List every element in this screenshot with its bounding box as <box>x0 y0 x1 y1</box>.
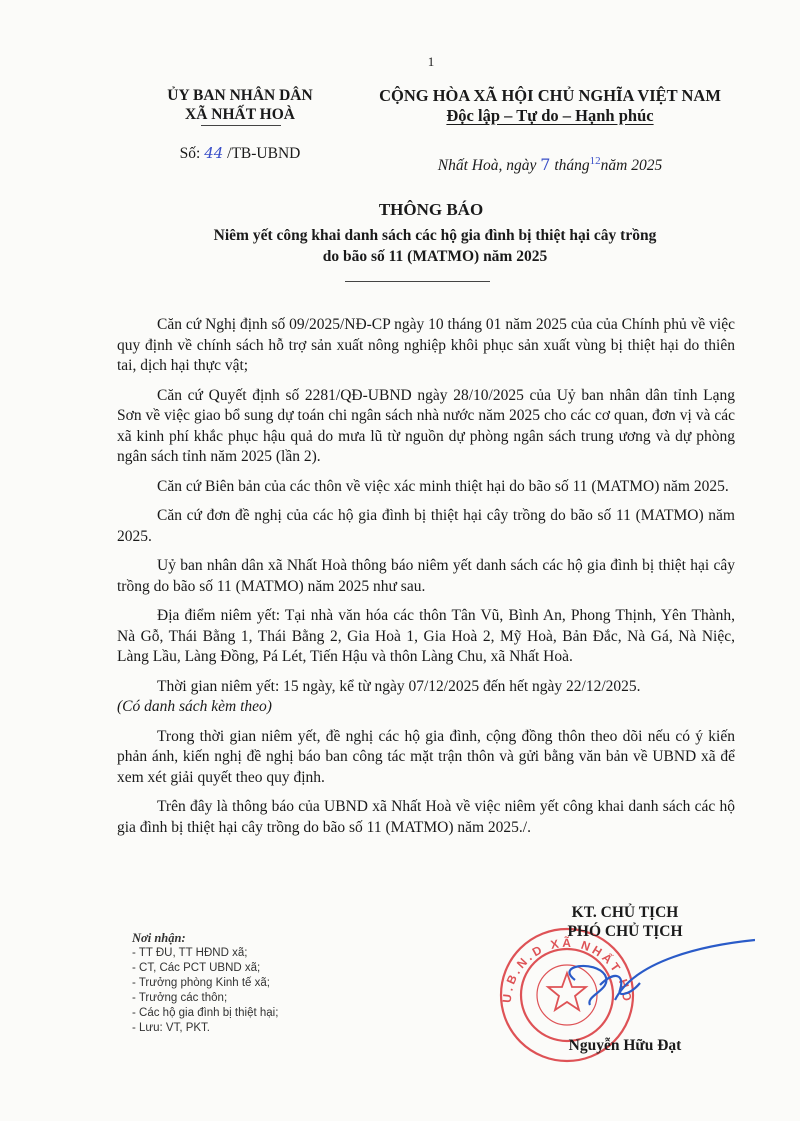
national-header: CỘNG HÒA XÃ HỘI CHỦ NGHĨA VIỆT NAM Độc l… <box>358 86 742 126</box>
document-body: Căn cứ Nghị định số 09/2025/NĐ-CP ngày 1… <box>117 315 735 847</box>
signer-name: Nguyễn Hữu Đạt <box>520 1037 730 1055</box>
date-line: Nhất Hoà, ngày 7 tháng12năm 2025 <box>358 155 742 175</box>
agency-divider <box>201 125 281 126</box>
agency-line-2: XÃ NHẤT HOÀ <box>130 105 350 124</box>
paragraph: Căn cứ đơn đề nghị của các hộ gia đình b… <box>117 506 735 547</box>
handwritten-signature-icon <box>555 935 755 1015</box>
recipients-title: Nơi nhận: <box>132 931 278 946</box>
paragraph: Căn cứ Biên bản của các thôn về việc xác… <box>117 477 735 498</box>
paragraph: Thời gian niêm yết: 15 ngày, kể từ ngày … <box>117 677 735 698</box>
handwritten-month: 12 <box>590 155 601 167</box>
title-divider <box>345 281 490 282</box>
recipients-block: Nơi nhận: - TT ĐU, TT HĐND xã; - CT, Các… <box>132 931 278 1036</box>
handwritten-number: 44 <box>204 144 223 162</box>
paragraph: Uỷ ban nhân dân xã Nhất Hoà thông báo ni… <box>117 556 735 597</box>
issuing-agency: ỦY BAN NHÂN DÂN XÃ NHẤT HOÀ <box>130 86 350 124</box>
paragraph: Trong thời gian niêm yết, đề nghị các hộ… <box>117 727 735 789</box>
paragraph: Căn cứ Quyết định số 2281/QĐ-UBND ngày 2… <box>117 386 735 468</box>
nation-name: CỘNG HÒA XÃ HỘI CHỦ NGHĨA VIỆT NAM <box>358 86 742 106</box>
document-title: THÔNG BÁO <box>0 200 800 220</box>
recipient-item: - Lưu: VT, PKT. <box>132 1021 278 1036</box>
paragraph: Địa điểm niêm yết: Tại nhà văn hóa các t… <box>117 606 735 668</box>
document-number: Số: 44 /TB-UBND <box>130 144 350 163</box>
paragraph: Căn cứ Nghị định số 09/2025/NĐ-CP ngày 1… <box>117 315 735 377</box>
national-motto: Độc lập – Tự do – Hạnh phúc <box>358 106 742 126</box>
recipient-item: - Các hộ gia đình bị thiệt hại; <box>132 1006 278 1021</box>
paragraph: Trên đây là thông báo của UBND xã Nhất H… <box>117 797 735 838</box>
agency-line-1: ỦY BAN NHÂN DÂN <box>130 86 350 105</box>
handwritten-day: 7 <box>540 155 550 174</box>
recipient-item: - TT ĐU, TT HĐND xã; <box>132 946 278 961</box>
document-subtitle: Niêm yết công khai danh sách các hộ gia … <box>140 225 730 267</box>
page-number: 1 <box>0 54 800 70</box>
recipient-item: - Trưởng các thôn; <box>132 991 278 1006</box>
recipient-item: - Trưởng phòng Kinh tế xã; <box>132 976 278 991</box>
attachment-note: (Có danh sách kèm theo) <box>117 697 735 718</box>
recipient-item: - CT, Các PCT UBND xã; <box>132 961 278 976</box>
